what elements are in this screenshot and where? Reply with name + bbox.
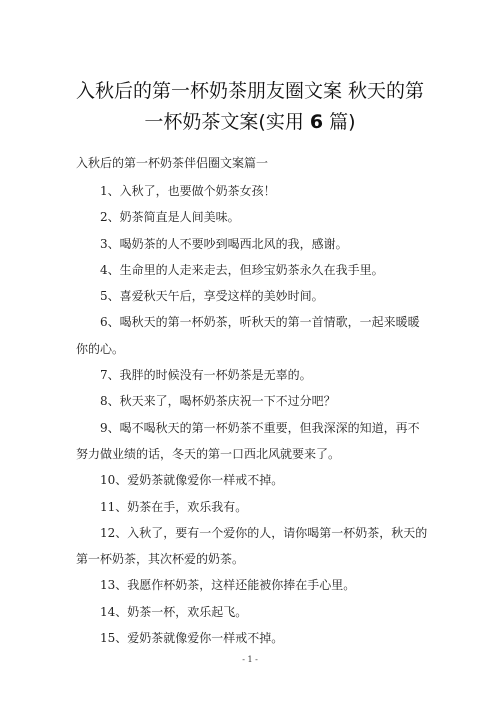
title-count: 6 (310, 111, 323, 133)
list-item: 11、奶茶在手，欢乐我有。 (76, 494, 428, 520)
list-item: 4、生命里的人走来走去，但珍宝奶茶永久在我手里。 (76, 257, 428, 283)
section-heading: 入秋后的第一杯奶茶伴侣圈文案篇一 (76, 154, 268, 171)
list-item: 6、喝秋天的第一杯奶茶，听秋天的第一首情歌，一起来暖暖你的心。 (76, 309, 428, 362)
item-list: 1、入秋了，也要做个奶茶女孩！ 2、奶茶简直是人间美味。 3、喝奶茶的人不要吵到… (76, 178, 428, 651)
document-title: 入秋后的第一杯奶茶朋友圈文案 秋天的第 一杯奶茶文案(实用 6 篇) (60, 76, 440, 138)
list-item: 7、我胖的时候没有一杯奶茶是无辜的。 (76, 362, 428, 388)
list-item: 3、喝奶茶的人不要吵到喝西北风的我，感谢。 (76, 231, 428, 257)
list-item: 13、我愿作杯奶茶，这样还能被你捧在手心里。 (76, 572, 428, 598)
title-line-2: 一杯奶茶文案(实用 6 篇) (60, 107, 440, 138)
title-line-1: 入秋后的第一杯奶茶朋友圈文案 秋天的第 (60, 76, 440, 107)
title-line-2-suffix: 篇) (323, 111, 355, 133)
list-item: 15、爱奶茶就像爱你一样戒不掉。 (76, 625, 428, 651)
title-line-2-prefix: 一杯奶茶文案(实用 (144, 111, 309, 133)
page-number: - 1 - (0, 655, 500, 664)
list-item: 14、奶茶一杯，欢乐起飞。 (76, 599, 428, 625)
list-item: 9、喝不喝秋天的第一杯奶茶不重要，但我深深的知道，再不努力做业绩的话，冬天的第一… (76, 415, 428, 468)
list-item: 8、秋天来了，喝杯奶茶庆祝一下不过分吧？ (76, 388, 428, 414)
list-item: 12、入秋了，要有一个爱你的人，请你喝第一杯奶茶，秋天的第一杯奶茶，其次杯爱的奶… (76, 520, 428, 573)
list-item: 2、奶茶简直是人间美味。 (76, 204, 428, 230)
document-page: 入秋后的第一杯奶茶朋友圈文案 秋天的第 一杯奶茶文案(实用 6 篇) 入秋后的第… (0, 0, 500, 707)
list-item: 10、爱奶茶就像爱你一样戒不掉。 (76, 467, 428, 493)
list-item: 1、入秋了，也要做个奶茶女孩！ (76, 178, 428, 204)
list-item: 5、喜爱秋天午后，享受这样的美妙时间。 (76, 283, 428, 309)
